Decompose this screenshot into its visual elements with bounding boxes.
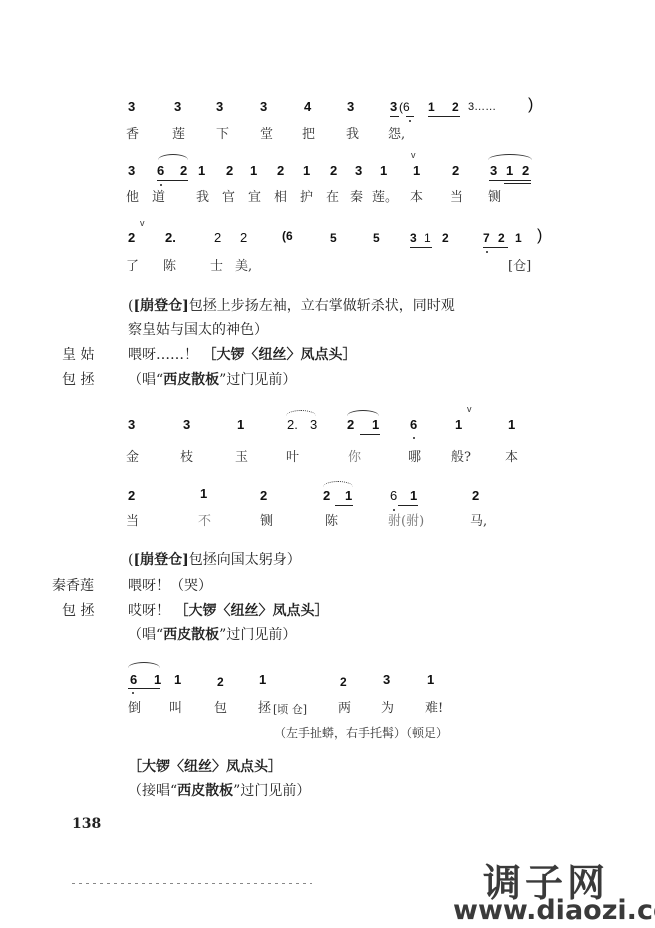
note: 2 bbox=[214, 231, 221, 245]
note: 2 bbox=[260, 489, 267, 503]
note: 2 bbox=[347, 418, 354, 432]
note: 3 bbox=[260, 100, 267, 114]
note: 1 bbox=[303, 164, 310, 178]
lyric: 他 bbox=[126, 190, 139, 205]
note: 1 bbox=[508, 418, 515, 432]
speaker-name: 皇 姑 bbox=[62, 347, 94, 364]
lyric: 美, bbox=[235, 259, 252, 274]
lyric: 玉 bbox=[235, 450, 248, 465]
note: 6 bbox=[410, 418, 417, 432]
page-number: 138 bbox=[72, 816, 101, 832]
note: 2. bbox=[287, 418, 298, 432]
note: 1 bbox=[174, 673, 181, 687]
percussion-cue: [仓] bbox=[508, 259, 531, 274]
note: 3 bbox=[347, 100, 354, 114]
note: 1 bbox=[198, 164, 205, 178]
lyric: 怨, bbox=[388, 127, 405, 142]
lyric: 本 bbox=[505, 450, 518, 465]
lyric: 了 bbox=[126, 259, 139, 274]
stage-direction: （左手扯蟒，右手托髯）（顿足） bbox=[274, 726, 448, 741]
singing-direction: （唱“西皮散板”过门见前） bbox=[128, 372, 296, 389]
note: 2 bbox=[452, 100, 459, 114]
note: 2 bbox=[442, 231, 449, 245]
dialogue-line: 喂呀！（哭） bbox=[128, 578, 212, 595]
note: 2 bbox=[472, 489, 479, 503]
lyric: 我 bbox=[346, 127, 359, 142]
lyric: 香 bbox=[126, 127, 139, 142]
note: 4 bbox=[304, 100, 311, 114]
speaker-name: 包 拯 bbox=[62, 603, 94, 620]
note: 1 bbox=[428, 100, 435, 114]
lyric: 下 bbox=[216, 127, 229, 142]
lyric: 陈 bbox=[325, 514, 338, 529]
note: 3…… bbox=[468, 100, 496, 114]
lyric: 驸(驸) bbox=[388, 514, 424, 529]
note: 1 bbox=[506, 164, 513, 178]
singing-direction: （接唱“西皮散板”过门见前） bbox=[128, 783, 310, 800]
lyric: 陈 bbox=[163, 259, 176, 274]
note: 2 bbox=[323, 489, 330, 503]
note: 1 bbox=[154, 673, 161, 687]
lyric: 铡 bbox=[488, 190, 501, 205]
lyric: 你 bbox=[348, 450, 361, 465]
note: 7 bbox=[483, 231, 490, 245]
percussion-cue: [顷 仓] bbox=[273, 702, 307, 717]
lyric: 官 bbox=[222, 190, 235, 205]
note: 2 bbox=[217, 675, 224, 689]
lyric: 秦 bbox=[350, 190, 363, 205]
note: 2 bbox=[452, 164, 459, 178]
note: 2 bbox=[240, 231, 247, 245]
note: 1 bbox=[427, 673, 434, 687]
stage-direction: ([崩登仓]包拯上步扬左袖，立右掌做斩杀状，同时观 bbox=[128, 298, 455, 315]
note: 1 bbox=[515, 231, 522, 245]
note: 1 bbox=[372, 418, 379, 432]
note: 3 bbox=[490, 164, 497, 178]
lyric: 哪 bbox=[408, 450, 421, 465]
note: 3 bbox=[216, 100, 223, 114]
note: 2 bbox=[128, 489, 135, 503]
note: 1 bbox=[237, 418, 244, 432]
note: ) bbox=[537, 229, 542, 243]
dialogue-line: 喂呀……！ ［大锣〈纽丝〉凤点头］ bbox=[128, 347, 356, 364]
lyric: 金 bbox=[126, 450, 139, 465]
note: 1 bbox=[455, 418, 462, 432]
lyric: 枝 bbox=[180, 450, 193, 465]
speaker-name: 包 拯 bbox=[62, 372, 94, 389]
scan-artifact bbox=[72, 883, 312, 884]
note: 3 bbox=[310, 418, 317, 432]
percussion-cue: ［大锣〈纽丝〉凤点头］ bbox=[128, 759, 282, 776]
note: (6 bbox=[282, 229, 293, 243]
lyric: 当 bbox=[126, 514, 139, 529]
lyric: 在 bbox=[326, 190, 339, 205]
lyric: 本 bbox=[410, 190, 423, 205]
stage-direction-continued: 察皇姑与国太的神色） bbox=[128, 322, 268, 339]
note: 2 bbox=[330, 164, 337, 178]
note: 1 bbox=[200, 487, 207, 501]
lyric: 包 bbox=[214, 701, 227, 716]
note: 1 bbox=[380, 164, 387, 178]
note: 3 bbox=[183, 418, 190, 432]
lyric: 道 bbox=[152, 190, 165, 205]
lyric: 把 bbox=[302, 127, 315, 142]
note: ) bbox=[528, 98, 533, 112]
lyric: 士 bbox=[210, 259, 223, 274]
note: 2 bbox=[180, 164, 187, 178]
note: 5 bbox=[373, 231, 380, 245]
note: 1 bbox=[413, 164, 420, 178]
lyric: 马, bbox=[470, 514, 487, 529]
note: 2 bbox=[128, 231, 135, 245]
lyric: 当 bbox=[450, 190, 463, 205]
lyric: 我 bbox=[196, 190, 209, 205]
note: 5 bbox=[330, 231, 337, 245]
lyric: 为 bbox=[381, 701, 394, 716]
lyric: 难! bbox=[425, 701, 443, 716]
note: 1 bbox=[259, 673, 266, 687]
lyric: 莲 bbox=[172, 127, 185, 142]
singing-direction: （唱“西皮散板”过门见前） bbox=[128, 627, 296, 644]
note: 3 bbox=[128, 100, 135, 114]
breath-mark-icon: v bbox=[467, 404, 472, 414]
note: 2 bbox=[277, 164, 284, 178]
lyric: 叶 bbox=[286, 450, 299, 465]
note: 6 bbox=[130, 673, 137, 687]
speaker-name: 秦香莲 bbox=[52, 578, 94, 595]
lyric: 不 bbox=[198, 514, 211, 529]
note: 3 bbox=[174, 100, 181, 114]
lyric: 倒 bbox=[128, 701, 141, 716]
note: 3 bbox=[390, 100, 397, 114]
note: 3 bbox=[383, 673, 390, 687]
lyric: 护 bbox=[300, 190, 313, 205]
note: (6 bbox=[399, 100, 410, 114]
breath-mark-icon: v bbox=[411, 150, 416, 160]
note: 2 bbox=[340, 675, 347, 689]
note: 3 bbox=[128, 164, 135, 178]
watermark-url: www.diaozi.com bbox=[453, 895, 655, 926]
note: 2. bbox=[165, 231, 176, 245]
note: 1 bbox=[410, 489, 417, 503]
note: 6 bbox=[157, 164, 164, 178]
lyric: 拯 bbox=[258, 701, 271, 716]
lyric: 铡 bbox=[260, 514, 273, 529]
note: 3 bbox=[410, 231, 417, 245]
note: 1 bbox=[250, 164, 257, 178]
lyric: 叫 bbox=[169, 701, 182, 716]
breath-mark-icon: v bbox=[140, 218, 145, 228]
note: 2 bbox=[226, 164, 233, 178]
lyric: 相 bbox=[274, 190, 287, 205]
lyric: 宜 bbox=[248, 190, 261, 205]
dialogue-line: 哎呀！ ［大锣〈纽丝〉凤点头］ bbox=[128, 603, 328, 620]
note: 1 bbox=[424, 231, 431, 245]
note: 1 bbox=[345, 489, 352, 503]
lyric: 莲。 bbox=[372, 190, 398, 205]
note: 2 bbox=[498, 231, 505, 245]
note: 2 bbox=[522, 164, 529, 178]
stage-direction: ([崩登仓]包拯向国太躬身） bbox=[128, 552, 301, 569]
note: 3 bbox=[128, 418, 135, 432]
note: 3 bbox=[355, 164, 362, 178]
lyric: 堂 bbox=[260, 127, 273, 142]
lyric: 两 bbox=[338, 701, 351, 716]
note: 6 bbox=[390, 489, 397, 503]
lyric: 般? bbox=[451, 450, 471, 465]
